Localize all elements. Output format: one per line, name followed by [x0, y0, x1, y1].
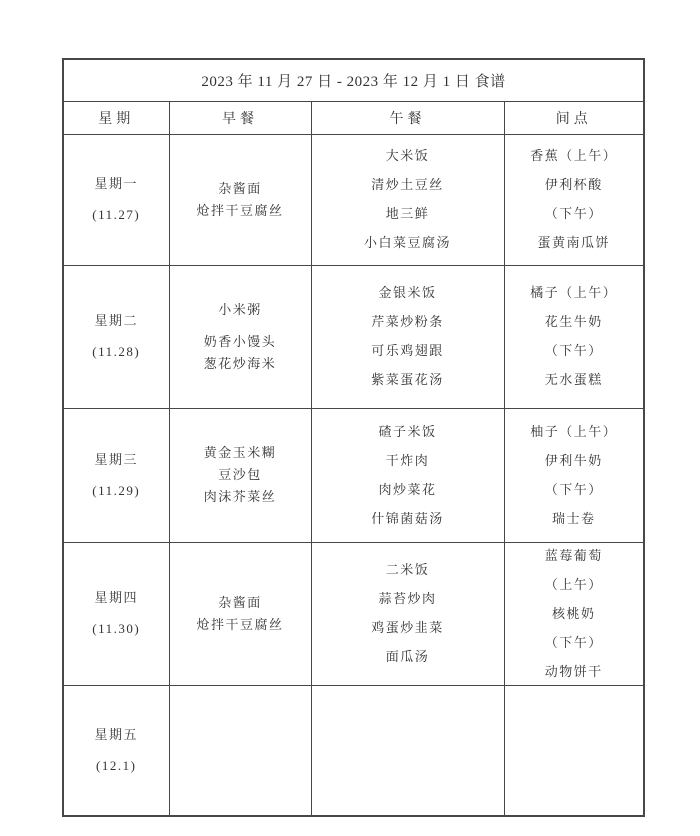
day-cell-content: 星期五(12.1): [64, 686, 169, 816]
menu-item: 肉炒菜花: [378, 481, 436, 499]
day-cell: 星期三(11.29): [63, 408, 169, 542]
menu-item: 蓝莓葡萄: [545, 547, 603, 565]
lunch-cell: 金银米饭芹菜炒粉条可乐鸡翅跟紫菜蛋花汤: [311, 265, 504, 408]
breakfast-group: 黄金玉米糊豆沙包肉沫芥菜丝: [204, 444, 277, 506]
menu-item: 可乐鸡翅跟: [371, 342, 444, 360]
menu-item: 葱花炒海米: [204, 355, 277, 373]
snack-cell: 蓝莓葡萄（上午）核桃奶（下午）动物饼干: [504, 542, 644, 685]
menu-item: 香蕉（上午）: [530, 147, 617, 165]
breakfast-cell-content: 黄金玉米糊豆沙包肉沫芥菜丝: [170, 409, 311, 542]
menu-item: （下午）: [545, 205, 603, 223]
breakfast-cell-content: 小米粥奶香小馒头葱花炒海米: [170, 266, 311, 408]
menu-item: 橘子（上午）: [530, 284, 617, 302]
table-row: 星期一(11.27)杂酱面炝拌干豆腐丝大米饭清炒土豆丝地三鲜小白菜豆腐汤香蕉（上…: [63, 134, 644, 265]
title-row: 2023 年 11 月 27 日 - 2023 年 12 月 1 日 食谱: [63, 59, 644, 101]
col-header-week: 星期: [63, 101, 169, 134]
menu-item: （下午）: [545, 481, 603, 499]
table-title: 2023 年 11 月 27 日 - 2023 年 12 月 1 日 食谱: [63, 59, 644, 101]
day-cell: 星期五(12.1): [63, 685, 169, 816]
page: { "colors": { "background": "#ffffff", "…: [0, 0, 700, 836]
date-label: (11.30): [92, 620, 140, 638]
snack-cell: 橘子（上午）花生牛奶（下午）无水蛋糕: [504, 265, 644, 408]
snack-cell-content: 香蕉（上午）伊利杯酸（下午）蛋黄南瓜饼: [505, 135, 644, 265]
snack-cell-content: 橘子（上午）花生牛奶（下午）无水蛋糕: [505, 266, 644, 408]
menu-item: （下午）: [545, 634, 603, 652]
day-cell: 星期四(11.30): [63, 542, 169, 685]
table-row: 星期三(11.29)黄金玉米糊豆沙包肉沫芥菜丝碴子米饭干炸肉肉炒菜花什锦菌菇汤柚…: [63, 408, 644, 542]
day-cell-content: 星期一(11.27): [64, 135, 169, 265]
menu-item: 动物饼干: [545, 663, 603, 681]
breakfast-group: 杂酱面炝拌干豆腐丝: [196, 594, 283, 634]
menu-item: 炝拌干豆腐丝: [196, 202, 283, 220]
menu-item: （下午）: [545, 342, 603, 360]
menu-item: 杂酱面: [218, 594, 262, 612]
snack-cell-content: 柚子（上午）伊利牛奶（下午）瑞士卷: [505, 409, 644, 542]
day-label: 星期三: [94, 451, 138, 469]
menu-item: 黄金玉米糊: [204, 444, 277, 462]
menu-item: 芹菜炒粉条: [371, 313, 444, 331]
breakfast-cell-content: 杂酱面炝拌干豆腐丝: [170, 543, 311, 685]
menu-item: 紫菜蛋花汤: [371, 371, 444, 389]
breakfast-cell: 小米粥奶香小馒头葱花炒海米: [169, 265, 311, 408]
lunch-cell-content: 大米饭清炒土豆丝地三鲜小白菜豆腐汤: [312, 135, 504, 265]
day-cell: 星期一(11.27): [63, 134, 169, 265]
breakfast-cell: [169, 685, 311, 816]
lunch-cell: 二米饭蒜苔炒肉鸡蛋炒韭菜面瓜汤: [311, 542, 504, 685]
menu-item: 小白菜豆腐汤: [364, 234, 451, 252]
table-row: 星期四(11.30)杂酱面炝拌干豆腐丝二米饭蒜苔炒肉鸡蛋炒韭菜面瓜汤蓝莓葡萄（上…: [63, 542, 644, 685]
menu-item: 伊利牛奶: [545, 452, 603, 470]
day-cell: 星期二(11.28): [63, 265, 169, 408]
snack-cell: 香蕉（上午）伊利杯酸（下午）蛋黄南瓜饼: [504, 134, 644, 265]
col-header-lunch: 午餐: [311, 101, 504, 134]
weekly-menu-table: 2023 年 11 月 27 日 - 2023 年 12 月 1 日 食谱 星期…: [62, 58, 645, 817]
day-cell-content: 星期三(11.29): [64, 409, 169, 542]
breakfast-cell-content: 杂酱面炝拌干豆腐丝: [170, 135, 311, 265]
menu-item: 核桃奶: [552, 605, 596, 623]
table-row: 星期二(11.28)小米粥奶香小馒头葱花炒海米金银米饭芹菜炒粉条可乐鸡翅跟紫菜蛋…: [63, 265, 644, 408]
menu-item: 碴子米饭: [378, 423, 436, 441]
menu-item: （上午）: [545, 576, 603, 594]
menu-item: 奶香小馒头: [204, 333, 277, 351]
lunch-cell-content: 碴子米饭干炸肉肉炒菜花什锦菌菇汤: [312, 409, 504, 542]
lunch-cell-content: 二米饭蒜苔炒肉鸡蛋炒韭菜面瓜汤: [312, 543, 504, 685]
header-row: 星期 早餐 午餐 间点: [63, 101, 644, 134]
menu-item: 干炸肉: [386, 452, 430, 470]
breakfast-cell: 杂酱面炝拌干豆腐丝: [169, 542, 311, 685]
breakfast-cell: 黄金玉米糊豆沙包肉沫芥菜丝: [169, 408, 311, 542]
day-cell-content: 星期二(11.28): [64, 266, 169, 408]
breakfast-cell-content: [170, 686, 311, 816]
menu-item: 柚子（上午）: [530, 423, 617, 441]
breakfast-group: 奶香小馒头葱花炒海米: [204, 333, 277, 373]
menu-item: 瑞士卷: [552, 510, 596, 528]
breakfast-group: 小米粥: [218, 301, 262, 319]
lunch-cell: 大米饭清炒土豆丝地三鲜小白菜豆腐汤: [311, 134, 504, 265]
menu-item: 地三鲜: [386, 205, 430, 223]
snack-cell: [504, 685, 644, 816]
snack-cell-content: 蓝莓葡萄（上午）核桃奶（下午）动物饼干: [505, 543, 644, 685]
date-label: (11.27): [92, 206, 140, 224]
menu-item: 蛋黄南瓜饼: [538, 234, 611, 252]
day-label: 星期四: [94, 589, 138, 607]
day-label: 星期二: [94, 312, 138, 330]
menu-item: 小米粥: [218, 301, 262, 319]
lunch-cell: 碴子米饭干炸肉肉炒菜花什锦菌菇汤: [311, 408, 504, 542]
menu-item: 二米饭: [386, 561, 430, 579]
snack-cell-content: [505, 686, 644, 816]
menu-item: 金银米饭: [378, 284, 436, 302]
menu-item: 伊利杯酸: [545, 176, 603, 194]
menu-item: 炝拌干豆腐丝: [196, 616, 283, 634]
menu-item: 杂酱面: [218, 180, 262, 198]
lunch-cell: [311, 685, 504, 816]
col-header-breakfast: 早餐: [169, 101, 311, 134]
col-header-snack: 间点: [504, 101, 644, 134]
menu-item: 无水蛋糕: [545, 371, 603, 389]
date-label: (11.28): [92, 343, 140, 361]
menu-item: 蒜苔炒肉: [378, 590, 436, 608]
table-row: 星期五(12.1): [63, 685, 644, 816]
lunch-cell-content: [312, 686, 504, 816]
day-cell-content: 星期四(11.30): [64, 543, 169, 685]
date-label: (12.1): [96, 757, 136, 775]
menu-item: 面瓜汤: [386, 648, 430, 666]
menu-item: 花生牛奶: [545, 313, 603, 331]
breakfast-group: 杂酱面炝拌干豆腐丝: [196, 180, 283, 220]
lunch-cell-content: 金银米饭芹菜炒粉条可乐鸡翅跟紫菜蛋花汤: [312, 266, 504, 408]
day-label: 星期一: [94, 175, 138, 193]
breakfast-cell: 杂酱面炝拌干豆腐丝: [169, 134, 311, 265]
menu-item: 鸡蛋炒韭菜: [371, 619, 444, 637]
snack-cell: 柚子（上午）伊利牛奶（下午）瑞士卷: [504, 408, 644, 542]
date-label: (11.29): [92, 482, 140, 500]
menu-item: 清炒土豆丝: [371, 176, 444, 194]
day-label: 星期五: [94, 726, 138, 744]
menu-item: 什锦菌菇汤: [371, 510, 444, 528]
menu-item: 大米饭: [386, 147, 430, 165]
menu-item: 肉沫芥菜丝: [204, 488, 277, 506]
menu-table: 2023 年 11 月 27 日 - 2023 年 12 月 1 日 食谱 星期…: [62, 58, 645, 817]
menu-item: 豆沙包: [218, 466, 262, 484]
